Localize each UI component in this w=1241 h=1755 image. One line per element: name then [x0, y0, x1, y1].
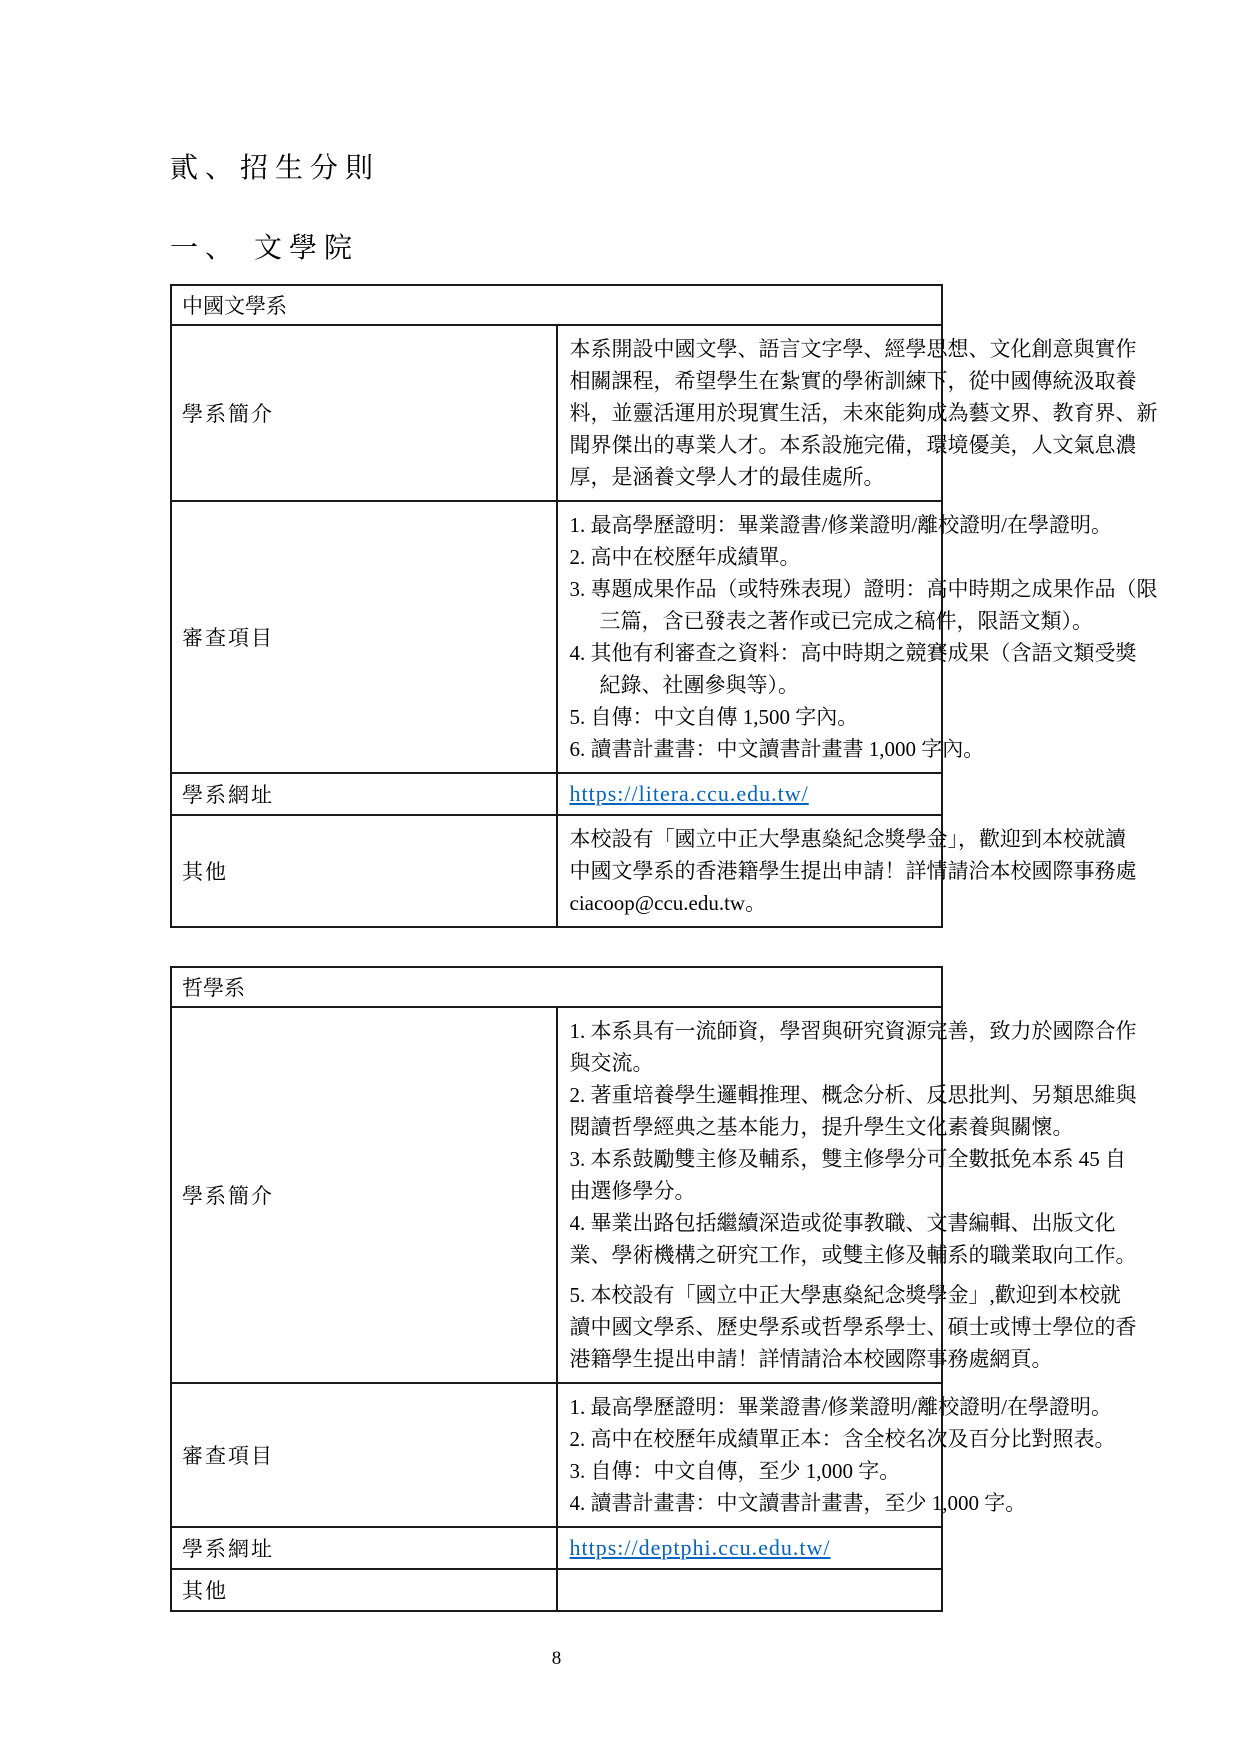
row-content: [557, 1569, 943, 1611]
row-content: https://deptphi.ccu.edu.tw/: [557, 1527, 943, 1569]
row-content: 1. 本系具有一流師資，學習與研究資源完善，致力於國際合作與交流。2. 著重培養…: [557, 1007, 943, 1383]
table-row: 其他本校設有「國立中正大學惠燊紀念獎學金」，歡迎到本校就讀中國文學系的香港籍學生…: [171, 815, 942, 927]
row-content: 本校設有「國立中正大學惠燊紀念獎學金」，歡迎到本校就讀中國文學系的香港籍學生提出…: [557, 815, 943, 927]
text-line: 2. 高中在校歷年成績單。: [570, 541, 930, 573]
row-label: 審查項目: [171, 1383, 557, 1527]
text-line: 料，並靈活運用於現實生活，未來能夠成為藝文界、教育界、新: [570, 397, 930, 429]
text-line: 閱讀哲學經典之基本能力，提升學生文化素養與關懷。: [570, 1111, 930, 1143]
department-table: 中國文學系學系簡介本系開設中國文學、語言文字學、經學思想、文化創意與實作相關課程…: [170, 284, 943, 928]
department-tables: 中國文學系學系簡介本系開設中國文學、語言文字學、經學思想、文化創意與實作相關課程…: [170, 284, 1241, 1612]
text-line: 讀中國文學系、歷史學系或哲學系學士、碩士或博士學位的香: [570, 1311, 930, 1343]
table-title: 哲學系: [171, 967, 942, 1007]
text-line: 中國文學系的香港籍學生提出申請！詳情請洽本校國際事務處: [570, 855, 930, 887]
table-row: 學系網址https://deptphi.ccu.edu.tw/: [171, 1527, 942, 1569]
text-line: 由選修學分。: [570, 1175, 930, 1207]
row-content: https://litera.ccu.edu.tw/: [557, 773, 943, 815]
text-line: 三篇，含已發表之著作或已完成之稿件，限語文類）。: [570, 605, 930, 637]
text-line: 與交流。: [570, 1047, 930, 1079]
text-line: 本校設有「國立中正大學惠燊紀念獎學金」，歡迎到本校就讀: [570, 823, 930, 855]
text-line: 相關課程，希望學生在紮實的學術訓練下，從中國傳統汲取養: [570, 365, 930, 397]
text-line: 1. 最高學歷證明：畢業證書/修業證明/離校證明/在學證明。: [570, 1391, 930, 1423]
row-label: 學系網址: [171, 773, 557, 815]
text-line: 港籍學生提出申請！詳情請洽本校國際事務處網頁。: [570, 1343, 930, 1375]
department-url-link[interactable]: https://deptphi.ccu.edu.tw/: [570, 1535, 831, 1560]
table-row: 其他: [171, 1569, 942, 1611]
text-line: 5. 自傳：中文自傳 1,500 字內。: [570, 701, 930, 733]
table-row: 學系網址https://litera.ccu.edu.tw/: [171, 773, 942, 815]
text-line: 4. 其他有利審查之資料：高中時期之競賽成果（含語文類受獎: [570, 637, 930, 669]
row-label: 審查項目: [171, 501, 557, 773]
row-label: 學系簡介: [171, 325, 557, 501]
text-line: 本系開設中國文學、語言文字學、經學思想、文化創意與實作: [570, 333, 930, 365]
table-title: 中國文學系: [171, 285, 942, 325]
page-number: 8: [170, 1648, 943, 1670]
row-content: 1. 最高學歷證明：畢業證書/修業證明/離校證明/在學證明。2. 高中在校歷年成…: [557, 1383, 943, 1527]
text-line: 3. 本系鼓勵雙主修及輔系，雙主修學分可全數抵免本系 45 自: [570, 1143, 930, 1175]
row-label: 其他: [171, 815, 557, 927]
section-heading: 貳、招生分則: [170, 0, 1241, 186]
table-row: 學系簡介1. 本系具有一流師資，學習與研究資源完善，致力於國際合作與交流。2. …: [171, 1007, 942, 1383]
row-label: 學系簡介: [171, 1007, 557, 1383]
row-content: 本系開設中國文學、語言文字學、經學思想、文化創意與實作相關課程，希望學生在紮實的…: [557, 325, 943, 501]
text-line: 4. 讀書計畫書：中文讀書計畫書，至少 1,000 字。: [570, 1487, 930, 1519]
text-line: 3. 專題成果作品（或特殊表現）證明：高中時期之成果作品（限: [570, 573, 930, 605]
text-line: 1. 本系具有一流師資，學習與研究資源完善，致力於國際合作: [570, 1015, 930, 1047]
row-label: 其他: [171, 1569, 557, 1611]
text-line: 1. 最高學歷證明：畢業證書/修業證明/離校證明/在學證明。: [570, 509, 930, 541]
text-line: 6. 讀書計畫書：中文讀書計畫書 1,000 字內。: [570, 733, 930, 765]
document-page: 貳、招生分則 一、 文學院 中國文學系學系簡介本系開設中國文學、語言文字學、經學…: [0, 0, 1241, 1755]
text-line: 業、學術機構之研究工作，或雙主修及輔系的職業取向工作。: [570, 1239, 930, 1271]
row-label: 學系網址: [171, 1527, 557, 1569]
text-line: 聞界傑出的專業人才。本系設施完備，環境優美，人文氣息濃: [570, 429, 930, 461]
row-content: 1. 最高學歷證明：畢業證書/修業證明/離校證明/在學證明。2. 高中在校歷年成…: [557, 501, 943, 773]
department-url-link[interactable]: https://litera.ccu.edu.tw/: [570, 781, 809, 806]
table-row: 審查項目1. 最高學歷證明：畢業證書/修業證明/離校證明/在學證明。2. 高中在…: [171, 1383, 942, 1527]
text-line: 2. 高中在校歷年成績單正本：含全校名次及百分比對照表。: [570, 1423, 930, 1455]
college-heading: 一、 文學院: [170, 226, 1241, 266]
text-line: ciacoop@ccu.edu.tw。: [570, 887, 930, 919]
department-table: 哲學系學系簡介1. 本系具有一流師資，學習與研究資源完善，致力於國際合作與交流。…: [170, 966, 943, 1612]
table-row: 審查項目1. 最高學歷證明：畢業證書/修業證明/離校證明/在學證明。2. 高中在…: [171, 501, 942, 773]
text-line: 5. 本校設有「國立中正大學惠燊紀念獎學金」,歡迎到本校就: [570, 1279, 930, 1311]
text-line: 厚，是涵養文學人才的最佳處所。: [570, 461, 930, 493]
text-line: 3. 自傳：中文自傳，至少 1,000 字。: [570, 1455, 930, 1487]
text-line: 紀錄、社團參與等）。: [570, 669, 930, 701]
text-line: 4. 畢業出路包括繼續深造或從事教職、文書編輯、出版文化: [570, 1207, 930, 1239]
text-line: 2. 著重培養學生邏輯推理、概念分析、反思批判、另類思維與: [570, 1079, 930, 1111]
table-row: 學系簡介本系開設中國文學、語言文字學、經學思想、文化創意與實作相關課程，希望學生…: [171, 325, 942, 501]
